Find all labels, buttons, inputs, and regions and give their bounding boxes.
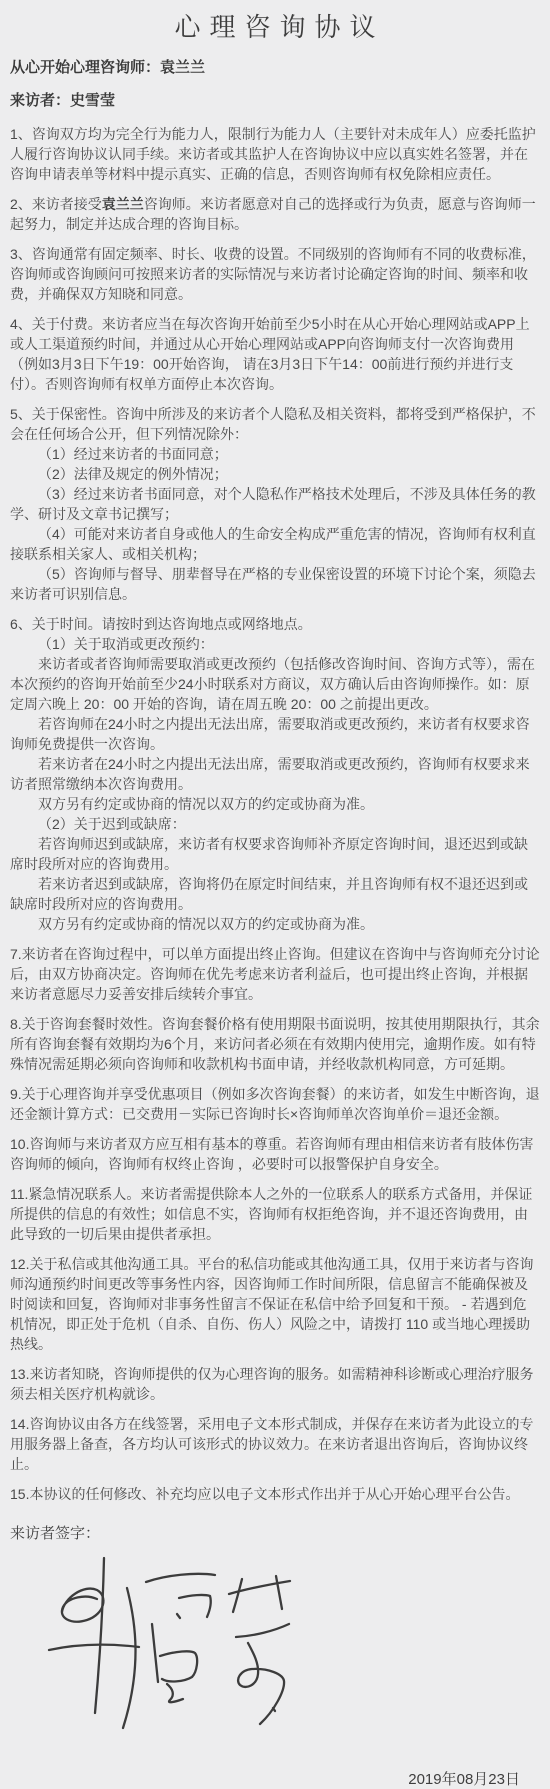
signature-date: 2019年08月23日 — [10, 1768, 540, 1789]
clause-text: （2）法律及规定的例外情况； — [10, 464, 540, 484]
agreement-document: 心理咨询协议 从心开始心理咨询师：袁兰兰 来访者：史雪莹 1、咨询双方均为完全行… — [0, 0, 550, 1789]
clause: 10.咨询师与来访者双方应互相有基本的尊重。若咨询师有理由相信来访者有肢体伤害咨… — [10, 1134, 540, 1174]
clause: 15.本协议的任何修改、补充均应以电子文本形式作出并于从心开始心理平台公告。 — [10, 1484, 540, 1504]
clause: 14.咨询协议由各方在线签署，采用电子文本形式制成，并保存在来访者为此设立的专用… — [10, 1414, 540, 1474]
clause-text: （3）经过来访者书面同意，对个人隐私作严格技术处理后，不涉及具体任务的教学、研讨… — [10, 484, 540, 524]
clause-text: 14.咨询协议由各方在线签署，采用电子文本形式制成，并保存在来访者为此设立的专用… — [10, 1414, 540, 1474]
clause: 1、咨询双方均为完全行为能力人，限制行为能力人（主要针对未成年人）应委托监护人履… — [10, 124, 540, 184]
visitor-line: 来访者：史雪莹 — [10, 91, 540, 111]
visitor-name: 史雪莹 — [70, 92, 115, 109]
clause: 7.来访者在咨询过程中，可以单方面提出终止咨询。但建议在咨询中与咨询师充分讨论后… — [10, 944, 540, 1004]
clause-text: 8.关于咨询套餐时效性。咨询套餐价格有使用期限书面说明，按其使用期限执行，其余所… — [10, 1014, 540, 1074]
clause-text: 2、来访者接受袁兰兰咨询师。来访者愿意对自己的选择或行为负责，愿意与咨询师一起努… — [10, 194, 540, 234]
counselor-name: 袁兰兰 — [160, 59, 205, 76]
clause-text: 1、咨询双方均为完全行为能力人，限制行为能力人（主要针对未成年人）应委托监护人履… — [10, 124, 540, 184]
clause-text: （4）可能对来访者自身或他人的生命安全构成严重危害的情况，咨询师有权利直接联系相… — [10, 524, 540, 564]
clause-text: （5）咨询师与督导、朋辈督导在严格的专业保密设置的环境下讨论个案，须隐去来访者可… — [10, 564, 540, 604]
clause: 3、咨询通常有固定频率、时长、收费的设置。不同级别的咨询师有不同的收费标准，咨询… — [10, 244, 540, 304]
clause-text: 3、咨询通常有固定频率、时长、收费的设置。不同级别的咨询师有不同的收费标准，咨询… — [10, 244, 540, 304]
clause-text: 若咨询师在24小时之内提出无法出席，需要取消或更改预约，来访者有权要求咨询师免费… — [10, 714, 540, 754]
clause-text: 11.紧急情况联系人。来访者需提供除本人之外的一位联系人的联系方式备用，并保证所… — [10, 1184, 540, 1244]
clause-text: 9.关于心理咨询并享受优惠项目（例如多次咨询套餐）的来访者，如发生中断咨询，退还… — [10, 1084, 540, 1124]
clause: 8.关于咨询套餐时效性。咨询套餐价格有使用期限书面说明，按其使用期限执行，其余所… — [10, 1014, 540, 1074]
clause-text: 12.关于私信或其他沟通工具。平台的私信功能或其他沟通工具，仅用于来访者与咨询师… — [10, 1254, 540, 1354]
clause-text: 双方另有约定或协商的情况以双方的约定或协商为准。 — [10, 914, 540, 934]
clause-text: （2）关于迟到或缺席： — [10, 814, 540, 834]
clause: 2、来访者接受袁兰兰咨询师。来访者愿意对自己的选择或行为负责，愿意与咨询师一起努… — [10, 194, 540, 234]
clause-text: 若来访者迟到或缺席，咨询将仍在原定时间结束，并且咨询师有权不退还迟到或缺席时段所… — [10, 874, 540, 914]
clause-text: 来访者或者咨询师需要取消或更改预约（包括修改咨询时间、咨询方式等），需在本次预约… — [10, 654, 540, 714]
clause-list: 1、咨询双方均为完全行为能力人，限制行为能力人（主要针对未成年人）应委托监护人履… — [10, 124, 540, 1504]
clause-text: 15.本协议的任何修改、补充均应以电子文本形式作出并于从心开始心理平台公告。 — [10, 1484, 540, 1504]
clause-text: 4、关于付费。来访者应当在每次咨询开始前至少5小时在从心开始心理网站或APP上或… — [10, 314, 540, 394]
clause-text: 10.咨询师与来访者双方应互相有基本的尊重。若咨询师有理由相信来访者有肢体伤害咨… — [10, 1134, 540, 1174]
handwritten-signature-shi-xue-ying — [26, 1548, 298, 1748]
clause-text: （1）关于取消或更改预约： — [10, 634, 540, 654]
clause-text: 若咨询师迟到或缺席，来访者有权要求咨询师补齐原定咨询时间，退还迟到或缺席时段所对… — [10, 834, 540, 874]
clause: 13.来访者知晓，咨询师提供的仅为心理咨询的服务。如需精神科诊断或心理治疗服务须… — [10, 1364, 540, 1404]
clause-text: 6、关于时间。请按时到达咨询地点或网络地点。 — [10, 614, 540, 634]
page-title: 心理咨询协议 — [10, 12, 540, 42]
clause: 9.关于心理咨询并享受优惠项目（例如多次咨询套餐）的来访者，如发生中断咨询，退还… — [10, 1084, 540, 1124]
counselor-line: 从心开始心理咨询师：袁兰兰 — [10, 58, 540, 78]
signature-label: 来访者签字： — [10, 1524, 540, 1544]
clause-text: （1）经过来访者的书面同意； — [10, 444, 540, 464]
clause-text: 5、关于保密性。咨询中所涉及的来访者个人隐私及相关资料，都将受到严格保护，不会在… — [10, 404, 540, 444]
clause: 4、关于付费。来访者应当在每次咨询开始前至少5小时在从心开始心理网站或APP上或… — [10, 314, 540, 394]
signature-image — [26, 1548, 540, 1748]
clause: 12.关于私信或其他沟通工具。平台的私信功能或其他沟通工具，仅用于来访者与咨询师… — [10, 1254, 540, 1354]
clause-text: 若来访者在24小时之内提出无法出席，需要取消或更改预约，咨询师有权要求来访者照常… — [10, 754, 540, 794]
clause-text: 7.来访者在咨询过程中，可以单方面提出终止咨询。但建议在咨询中与咨询师充分讨论后… — [10, 944, 540, 1004]
visitor-label: 来访者： — [10, 92, 70, 109]
counselor-label: 从心开始心理咨询师： — [10, 59, 160, 76]
clause-text: 13.来访者知晓，咨询师提供的仅为心理咨询的服务。如需精神科诊断或心理治疗服务须… — [10, 1364, 540, 1404]
clause-text: 双方另有约定或协商的情况以双方的约定或协商为准。 — [10, 794, 540, 814]
clause: 6、关于时间。请按时到达咨询地点或网络地点。（1）关于取消或更改预约：来访者或者… — [10, 614, 540, 934]
clause: 5、关于保密性。咨询中所涉及的来访者个人隐私及相关资料，都将受到严格保护，不会在… — [10, 404, 540, 604]
clause: 11.紧急情况联系人。来访者需提供除本人之外的一位联系人的联系方式备用，并保证所… — [10, 1184, 540, 1244]
